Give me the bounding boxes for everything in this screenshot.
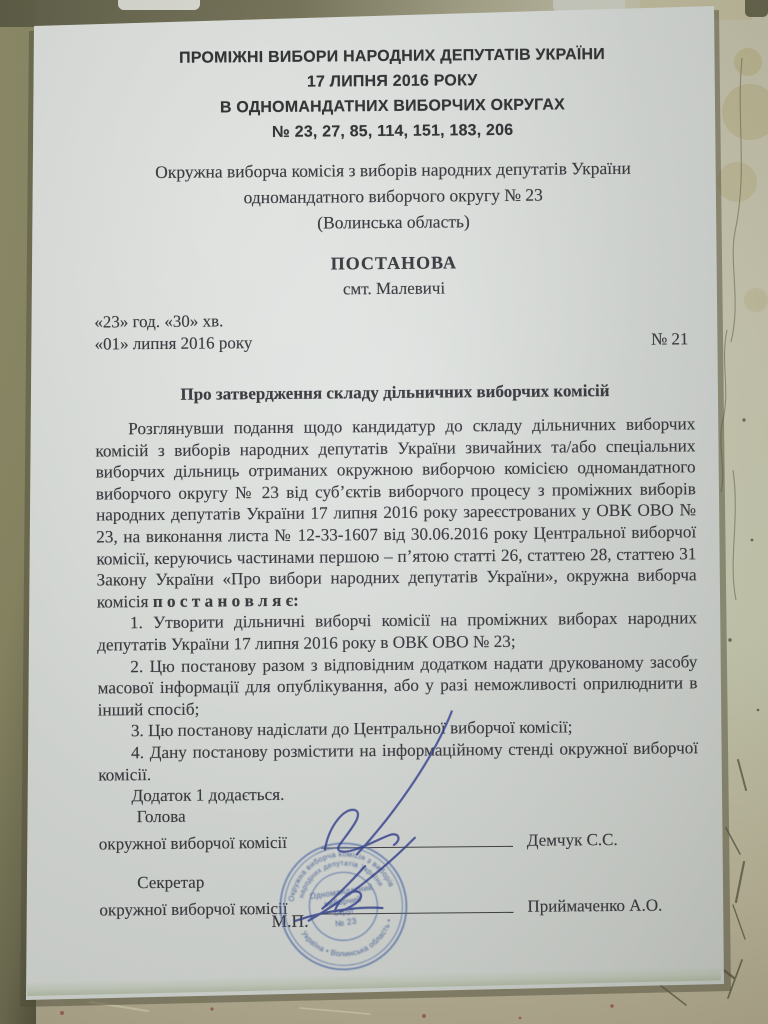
signer-name: Приймаченко А.О. bbox=[527, 894, 699, 917]
preamble-text: Розглянувши подання щодо кандидатур до с… bbox=[95, 414, 696, 611]
resolve-word: п о с т а н о в л я є: bbox=[153, 590, 299, 610]
date-line: «01» липня 2016 року bbox=[94, 332, 252, 355]
commission-line-3: (Волинська область) bbox=[93, 206, 693, 237]
time-date-block: «23» год. «30» хв. «01» липня 2016 року … bbox=[94, 306, 694, 355]
resolution-item: 1. Утворити дільничні виборчі комісії на… bbox=[97, 608, 697, 656]
preamble-paragraph: Розглянувши подання щодо кандидатур до с… bbox=[95, 413, 697, 613]
doc-subject: Про затвердження складу дільничних вибор… bbox=[95, 380, 695, 405]
photo-scene: ПРОМІЖНІ ВИБОРИ НАРОДНИХ ДЕПУТАТІВ УКРАЇ… bbox=[0, 0, 768, 1024]
official-stamp: Окружна виборча комісія з виборів народн… bbox=[252, 815, 434, 997]
doc-place: смт. Малевичі bbox=[94, 273, 694, 303]
doc-number: № 21 bbox=[651, 328, 695, 350]
document-header: ПРОМІЖНІ ВИБОРИ НАРОДНИХ ДЕПУТАТІВ УКРАЇ… bbox=[92, 41, 693, 146]
resolution-item: 4. Дану постанову розмістити на інформац… bbox=[98, 737, 698, 785]
resolution-item: 2. Цю постанову разом з відповідним дода… bbox=[97, 651, 698, 721]
doc-type-block: ПОСТАНОВА смт. Малевичі bbox=[94, 248, 694, 303]
doc-body: Розглянувши подання щодо кандидатур до с… bbox=[95, 413, 698, 807]
commission-name: Окружна виборча комісія з виборів народн… bbox=[93, 154, 694, 237]
header-line-1: ПРОМІЖНІ ВИБОРИ НАРОДНИХ ДЕПУТАТІВ УКРАЇ… bbox=[92, 41, 692, 71]
commission-line-1: Окружна виборча комісія з виборів народн… bbox=[93, 154, 693, 185]
stamp-center-line-4: № 23 bbox=[334, 916, 357, 929]
signer-name: Демчук С.С. bbox=[527, 828, 699, 851]
document-content: ПРОМІЖНІ ВИБОРИ НАРОДНИХ ДЕПУТАТІВ УКРАЇ… bbox=[0, 0, 768, 1024]
header-line-4: № 23, 27, 85, 114, 151, 183, 206 bbox=[93, 116, 693, 146]
